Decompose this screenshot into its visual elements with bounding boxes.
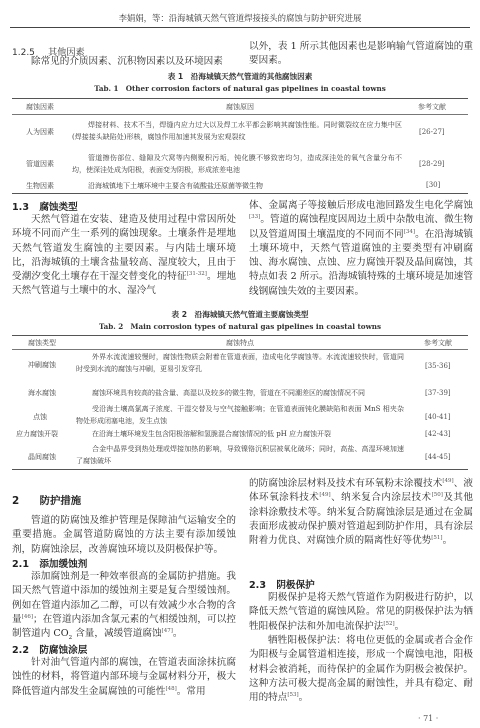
section-2-2-heading: 2.2 防腐蚀涂层 xyxy=(12,642,236,656)
table1-cell-ref: [30] xyxy=(426,181,440,189)
section-number: 2 xyxy=(12,495,32,507)
table2-cell-type: 应力腐蚀开裂 xyxy=(16,429,58,441)
table2-cell-feature: 腐蚀环境具有较高的盐含量、高湿以及较多的微生物，管道在不同潮差区的腐蚀情况不同 xyxy=(76,388,404,400)
table1-header-factor: 腐蚀因素 xyxy=(26,102,54,112)
paragraph-text: 含量，减缓管道腐蚀 xyxy=(72,628,161,639)
table1-cell-cause: 管道擦伤部位、缝隙及穴窝等内侧聚积污垢，钝化膜不够致密均匀，造成深洼处的氧气含量… xyxy=(72,153,402,176)
citation: [46] xyxy=(22,614,33,620)
paragraph-text: 。常用 xyxy=(177,686,206,697)
citation: [33] xyxy=(249,214,260,220)
section-2-3-text-2: 牺牲阳极保护法：将电位更低的金属或者合金作为阳极与金属管道相连接，形成一个腐蚀电… xyxy=(249,634,473,705)
table2-cell-ref: [37-39] xyxy=(425,389,451,397)
table2-cell-ref: [35-36] xyxy=(425,362,451,370)
section-1-2-5-right-text: 以外，表 1 所示其他因素也是影响输气管道腐蚀的重要因素。 xyxy=(249,40,473,69)
table1-cell-ref: [26-27] xyxy=(419,128,445,136)
section-title: 阴极保护 xyxy=(276,580,314,591)
section-title: 防护措施 xyxy=(40,495,82,507)
table2-header-type: 腐蚀类型 xyxy=(28,338,56,348)
table1-header-rule xyxy=(12,114,468,115)
paragraph-text: 。 xyxy=(173,628,183,639)
table1-header-ref: 参考文献 xyxy=(418,102,446,112)
table2-header-rule xyxy=(12,349,468,350)
paragraph-text: 牺牲阳极保护法：将电位更低的金属或者合金作为阳极与金属管道相连接，形成一个腐蚀电… xyxy=(249,635,473,703)
section-1-3-left-text: 天然气管道在安装、建造及使用过程中常因所处环境不同而产生一系列的腐蚀现象。土壤条… xyxy=(12,213,236,299)
citation: [34] xyxy=(404,229,415,235)
section-2-2-right-text: 的防腐蚀涂层材料及技术有环氧粉末涂覆技术[49]、液体环氧涂料技术[49]、纳米… xyxy=(249,477,473,548)
table2-cell-ref: [42-43] xyxy=(425,430,451,438)
table1-cell-cause: 焊接材料、技术不当，焊缝内应力过大以及焊工水平都会影响其腐蚀性能。同时微裂纹在应… xyxy=(72,120,402,143)
table2-caption-en: Tab. 2 Main corrosion types of natural g… xyxy=(0,322,480,332)
section-title: 添加缓蚀剂 xyxy=(39,559,87,570)
section-2-1-heading: 2.1 添加缓蚀剂 xyxy=(12,556,236,570)
section-number: 2.1 xyxy=(12,559,32,570)
citation: [53] xyxy=(287,692,298,698)
paragraph-text: 体、金属离子等接触后形成电池回路发生电化学腐蚀 xyxy=(249,200,473,211)
table1-caption-zh: 表 1 沿海城镇天然气管道的其他腐蚀因素 xyxy=(0,71,480,82)
paragraph-text: 阴极保护是将天然气管道作为阴极进行防护，以降低天然气管道的腐蚀风险。常见的阴极保… xyxy=(249,592,473,632)
section-2-2-left-text: 针对油气管道内部的腐蚀，在管道表面涂抹抗腐蚀性的材料，将管道内部环境与金属材料分… xyxy=(12,656,236,699)
citation: [31-32] xyxy=(187,271,207,277)
table2-cell-type: 点蚀 xyxy=(33,412,47,424)
table1-cell-cause: 沿海城镇地下土壤环境中主要含有硫酸盐还原菌等微生物 xyxy=(72,181,402,193)
table2-cell-feature: 受沿海土壤高氯离子浓度、干湿交替及与空气接触影响；在管道表面钝化膜缺陷和表面 M… xyxy=(76,404,404,427)
table1-cell-ref: [28-29] xyxy=(419,160,445,168)
citation: [50] xyxy=(432,492,443,498)
section-1-3-right-text: 体、金属离子等接触后形成电池回路发生电化学腐蚀[33]。管道的腐蚀程度因周边土质… xyxy=(249,199,473,299)
table1-caption-en: Tab. 1 Other corrosion factors of natura… xyxy=(0,84,480,94)
table2-header-feature: 腐蚀特点 xyxy=(226,338,254,348)
table1-cell-factor: 管道因素 xyxy=(26,159,54,171)
citation: [47] xyxy=(162,628,173,634)
table2-cell-feature: 外界水流流速较慢时，腐蚀性物质会附着在管道表面，造成电化学腐蚀等。水流流速较快时… xyxy=(76,352,404,375)
section-2-1-text: 添加腐蚀剂是一种效率很高的金属防护措施。我国天然气管道中添加的缓蚀剂主要是复合型… xyxy=(12,570,236,645)
section-number: 2.2 xyxy=(12,645,32,656)
table2-header-ref: 参考文献 xyxy=(424,338,452,348)
section-2-3-heading: 2.3 阴极保护 xyxy=(249,577,473,591)
paragraph-text: 。 xyxy=(299,692,309,703)
table2-bottom-rule xyxy=(12,469,468,470)
table2-cell-type: 海水腐蚀 xyxy=(28,388,56,400)
paragraph-text: 的防腐蚀涂层材料及技术有环氧粉末涂覆技术 xyxy=(249,478,442,489)
table1-bottom-rule xyxy=(12,193,468,194)
section-title: 防腐蚀涂层 xyxy=(39,645,87,656)
table1-top-rule xyxy=(12,98,468,99)
section-2-3-text-1: 阴极保护是将天然气管道作为阴极进行防护，以降低天然气管道的腐蚀风险。常见的阴极保… xyxy=(249,591,473,634)
paragraph-text: 。 xyxy=(395,621,405,632)
section-1-2-5-left-text: 除常见的介质因素、沉积物因素以及环境因素 xyxy=(12,55,236,69)
table2-cell-feature: 在沿海土壤环境发生包含阳极溶解和氢脆混合腐蚀情况的低 pH 应力腐蚀开裂 xyxy=(76,429,404,441)
citation: [51] xyxy=(431,535,442,541)
table2-cell-feature: 合金中晶界受到热处理或焊接加热的影响，导致镍铬沉积层被氧化破坏；同时，高盐、高湿… xyxy=(76,444,404,467)
citation: [48] xyxy=(166,686,177,692)
citation: [52] xyxy=(383,621,394,627)
table2-top-rule xyxy=(12,335,468,336)
section-title: 腐蚀类型 xyxy=(39,202,77,213)
table2-cell-type: 冲刷腐蚀 xyxy=(28,360,56,372)
table1-cell-factor: 生物因素 xyxy=(26,181,54,193)
paragraph-text: 、纳米复合内涂层技术 xyxy=(331,492,432,503)
section-number: 2.3 xyxy=(249,580,269,591)
page-number: · 71 · xyxy=(418,714,438,723)
table2-cell-type: 晶间腐蚀 xyxy=(28,452,56,464)
running-header-title: 李娟娟，等：沿海城镇天然气管道焊接接头的腐蚀与防护研究进展 xyxy=(0,12,480,24)
section-2-text: 管道的防腐蚀及维护管理是保障油气运输安全的重要措施。金属管道防腐蚀的方法主要有添… xyxy=(12,514,236,557)
paragraph-text: 。 xyxy=(443,535,453,546)
citation: [49] xyxy=(319,492,330,498)
section-1-3-heading: 1.3 腐蚀类型 xyxy=(12,199,236,213)
section-number: 1.3 xyxy=(12,202,32,213)
citation: [49] xyxy=(442,478,453,484)
section-2-heading: 2 防护措施 xyxy=(12,492,236,507)
table1-cell-factor: 人为因素 xyxy=(26,127,54,139)
table2-caption-zh: 表 2 沿海城镇天然气管道主要腐蚀类型 xyxy=(0,309,480,320)
table1-header-cause: 腐蚀原因 xyxy=(226,102,254,112)
table2-cell-ref: [44-45] xyxy=(425,453,451,461)
table2-cell-ref: [40-41] xyxy=(425,413,451,421)
header-rule xyxy=(10,27,470,28)
